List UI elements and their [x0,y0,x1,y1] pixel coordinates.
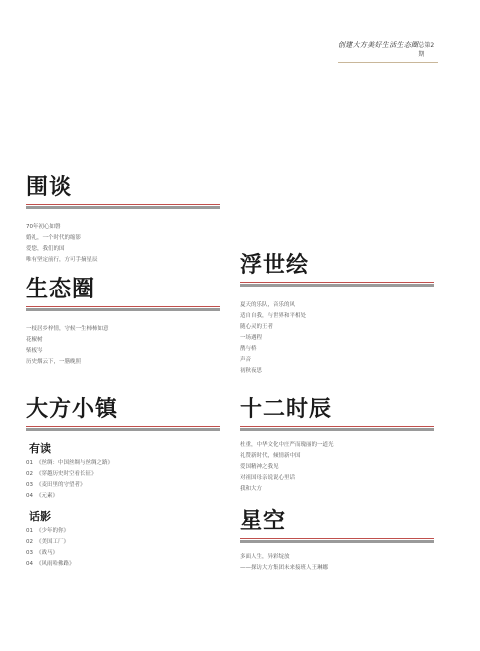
toc-item[interactable]: 04《元素》 [26,491,220,502]
section-dafangxiaozhen: 大方小镇 有读 01《丝绸：中国丝绸与丝绸之路》 02《穿越历史时空看长征》 0… [26,398,220,570]
toc-item[interactable]: 03《麦田里的守望者》 [26,480,220,491]
toc-item[interactable]: 爱您，我们的国 [26,244,220,255]
issue-number: 总第2期 [418,40,438,58]
toc-item[interactable]: 鹊与桥 [240,344,434,355]
section-title[interactable]: 星空 [240,510,434,532]
toc-item[interactable]: 唯有坚定前行，方可手摘星辰 [26,255,220,266]
section-weitan: 围谈 70年初心如磐 婚礼，一个时代的缩影 爱您，我们的国 唯有坚定前行，方可手… [26,176,220,266]
section-title[interactable]: 生态圈 [26,278,220,300]
section-divider [26,426,220,432]
section-divider [26,306,220,312]
magazine-logo: 创建大方美好生活生态圈 [338,40,418,50]
section-xingkong: 星空 多面人生，异彩绽放 ——探访大方集团未来接班人王琳娜 [240,510,434,574]
toc-item[interactable]: 一场遇程 [240,333,434,344]
toc-item[interactable]: 多面人生，异彩绽放 [240,552,434,563]
section-shengtaiquan: 生态圈 一枝居乡梓情，守候一生柿柿如意 花椒树 柴板岑 历史烟云下，一膳晚照 [26,278,220,368]
toc-item[interactable]: 夏天的乐队，音乐的风 [240,300,434,311]
toc-item[interactable]: 柴板岑 [26,346,220,357]
toc-item[interactable]: 声音 [240,355,434,366]
toc-item[interactable]: 04《风雨哈佛路》 [26,559,220,570]
toc-item[interactable]: 70年初心如磐 [26,222,220,233]
subsection-title-huaying: 话影 [26,508,220,524]
toc-item[interactable]: 01《少年的你》 [26,526,220,537]
section-fushihui: 浮世绘 夏天的乐队，音乐的风 适自自我，与世界和平相处 随心灵的王者 一场遇程 … [240,254,434,377]
section-shiershichen: 十二时辰 杜重，中华文化中庄严而瑰丽的一道光 礼赞新时代，倾情新中国 爱国精神之… [240,398,434,495]
section-divider [240,282,434,288]
toc-item[interactable]: 03《战马》 [26,548,220,559]
section-title[interactable]: 十二时辰 [240,398,434,420]
toc-item[interactable]: 02《美国工厂》 [26,537,220,548]
section-title[interactable]: 大方小镇 [26,398,220,420]
subsection-title-youdu: 有读 [26,440,220,456]
toc-item[interactable]: 一枝居乡梓情，守候一生柿柿如意 [26,324,220,335]
page-header: 创建大方美好生活生态圈 总第2期 [338,40,438,63]
toc-item[interactable]: 随心灵的王者 [240,322,434,333]
toc-item[interactable]: 礼赞新时代，倾情新中国 [240,451,434,462]
toc-item[interactable]: 我和大方 [240,484,434,495]
toc-item[interactable]: 杜重，中华文化中庄严而瑰丽的一道光 [240,440,434,451]
toc-item[interactable]: 对祖国母亲说说心里话 [240,473,434,484]
toc-item[interactable]: 婚礼，一个时代的缩影 [26,233,220,244]
section-divider [26,204,220,210]
toc-item[interactable]: 历史烟云下，一膳晚照 [26,357,220,368]
section-divider [240,426,434,432]
section-title[interactable]: 浮世绘 [240,254,434,276]
toc-item[interactable]: 初秋夜思 [240,366,434,377]
header-divider [338,62,438,63]
section-title[interactable]: 围谈 [26,176,220,198]
toc-item[interactable]: 01《丝绸：中国丝绸与丝绸之路》 [26,458,220,469]
toc-item[interactable]: 爱国精神之我见 [240,462,434,473]
toc-item[interactable]: 02《穿越历史时空看长征》 [26,469,220,480]
section-divider [240,538,434,544]
toc-item[interactable]: 适自自我，与世界和平相处 [240,311,434,322]
toc-item[interactable]: 花椒树 [26,335,220,346]
toc-item: ——探访大方集团未来接班人王琳娜 [240,563,434,574]
